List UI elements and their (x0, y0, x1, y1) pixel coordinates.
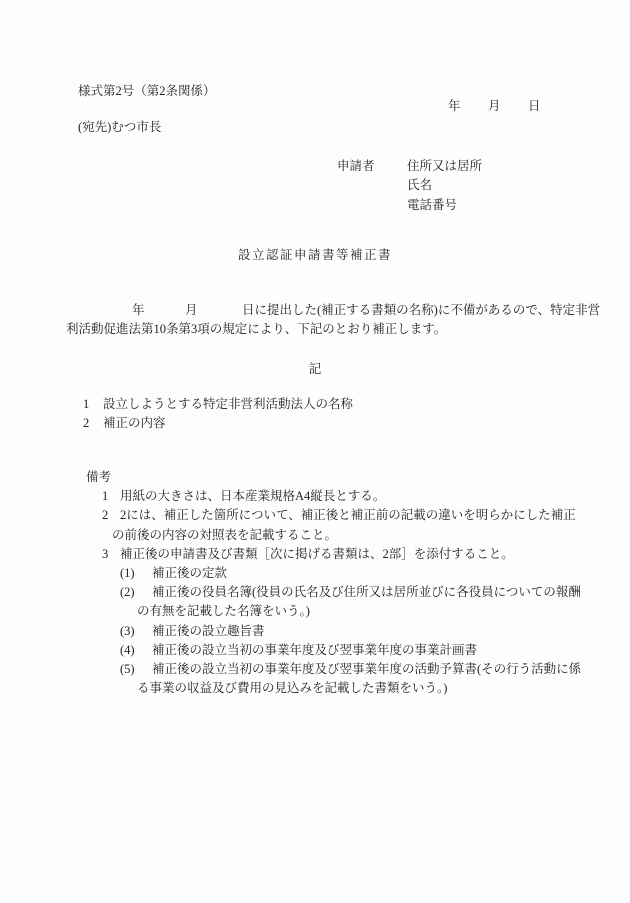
attachment-5-marker: (5) (120, 662, 135, 678)
page-title: 設立認証申請書等補正書 (0, 248, 630, 264)
remark-2-text: 2には、補正した箇所について、補正後と補正前の記載の違いを明らかにした補正 (120, 508, 576, 524)
attachment-3-marker: (3) (120, 624, 135, 640)
applicant-address-label: 住所又は居所 (407, 159, 482, 175)
form-number: 様式第2号（第2条関係） (78, 84, 216, 100)
document-page: 様式第2号（第2条関係） 年 月 日 (宛先)むつ市長 申請者 住所又は居所 氏… (0, 0, 630, 903)
header-day-label: 日 (528, 99, 541, 115)
addressee: (宛先)むつ市長 (78, 120, 161, 136)
attachment-3-text: 補正後の設立趣旨書 (152, 624, 265, 640)
remark-1-text: 用紙の大きさは、日本産業規格A4縦長とする。 (120, 489, 385, 505)
body-year-label: 年 (132, 303, 145, 319)
item-2-text: 補正の内容 (103, 416, 166, 432)
remark-2-number: 2 (102, 508, 108, 524)
attachment-1-marker: (1) (120, 566, 135, 582)
remark-3-text: 補正後の申請書及び書類［次に掲げる書類は、2部］を添付すること。 (120, 547, 514, 563)
attachment-2-text: 補正後の役員名簿(役員の氏名及び住所又は居所並びに各役員についての報酬 (152, 585, 581, 601)
applicant-name-label: 氏名 (407, 178, 432, 194)
ki-heading: 記 (0, 362, 630, 378)
attachment-4-text: 補正後の設立当初の事業年度及び翌事業年度の事業計画書 (152, 643, 477, 659)
remark-2-text-cont: の前後の内容の対照表を記載すること。 (112, 528, 337, 544)
item-1-number: 1 (83, 397, 89, 413)
remark-1-number: 1 (102, 489, 108, 505)
body-month-label: 月 (185, 303, 198, 319)
attachment-5-text: 補正後の設立当初の事業年度及び翌事業年度の活動予算書(その行う活動に係 (152, 662, 581, 678)
remark-3-number: 3 (102, 547, 108, 563)
applicant-phone-label: 電話番号 (407, 198, 457, 214)
applicant-label: 申請者 (337, 159, 375, 175)
header-year-label: 年 (448, 99, 461, 115)
attachment-5-text-cont: る事業の収益及び費用の見込みを記載した書類をいう。) (137, 681, 447, 697)
attachment-2-text-cont: の有無を記載した名簿をいう。) (137, 604, 310, 620)
attachment-4-marker: (4) (120, 643, 135, 659)
attachment-2-marker: (2) (120, 585, 135, 601)
item-1-text: 設立しようとする特定非営利活動法人の名称 (103, 397, 353, 413)
attachment-1-text: 補正後の定款 (152, 566, 227, 582)
remarks-heading: 備考 (86, 470, 111, 486)
body-line1: 日に提出した(補正する書類の名称)に不備があるので、特定非営 (242, 303, 600, 319)
header-month-label: 月 (488, 99, 501, 115)
item-2-number: 2 (83, 416, 89, 432)
body-line2: 利活動促進法第10条第3項の規定により、下記のとおり補正します。 (66, 322, 446, 338)
